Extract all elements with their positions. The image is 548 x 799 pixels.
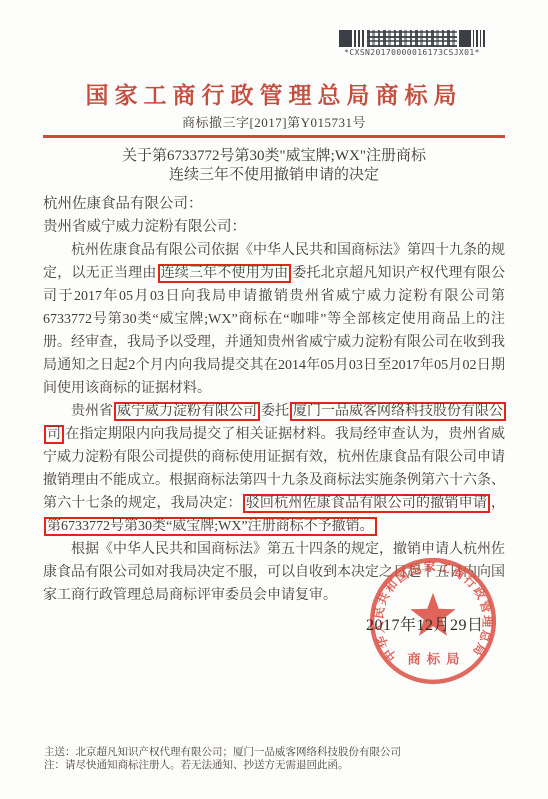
document-number: 商标撤三字[2017]第Y015731号 <box>43 114 505 131</box>
paragraph-2-text: 贵州省 <box>71 404 113 419</box>
red-highlight-box: 第6733772号第30类“威宝牌;WX”注册商标不予撤销。 <box>44 517 377 536</box>
subject-line-2: 连续三年不使用撤销申请的决定 <box>43 166 505 185</box>
paragraph-1: 杭州佐康食品有限公司依据《中华人民共和国商标法》第四十九条的规定，以无正当理由连… <box>43 239 505 400</box>
subject-title: 关于第6733772号第30类"威宝牌;WX"注册商标 连续三年不使用撤销申请的… <box>43 147 505 185</box>
red-highlight-box: 威宁威力淀粉有限公司 <box>114 402 260 421</box>
barcode-thin-bars <box>352 30 365 47</box>
footer-notes: 主送：北京超凡知识产权代理有限公司；厦门一品威客网络科技股份有限公司 注：请尽快… <box>44 746 401 772</box>
barcode-number: *CXSN20170000016173CSJX01* <box>336 48 488 57</box>
footer-cc-line: 主送：北京超凡知识产权代理有限公司；厦门一品威客网络科技股份有限公司 <box>44 746 401 759</box>
scanned-decision-document: *CXSN20170000016173CSJX01* 国家工商行政管理总局商标局… <box>0 0 548 799</box>
barcode-bar-block <box>339 30 352 47</box>
seal-agency-name: 商标局 <box>407 650 465 666</box>
paragraph-2-text: ， <box>491 496 505 511</box>
decision-date: 2017年12月29日 <box>366 612 484 635</box>
barcode-2d-matrix <box>367 30 457 47</box>
red-divider <box>43 135 505 138</box>
barcode: *CXSN20170000016173CSJX01* <box>336 30 488 57</box>
barcode-bar-block <box>459 30 471 47</box>
recipient-1: 杭州佐康食品有限公司： <box>43 193 505 216</box>
paragraph-1-text: 委托北京超凡知识产权代理有限公司于2017年05月03日向我局申请撤销贵州省威宁… <box>43 266 505 396</box>
subject-line-1: 关于第6733772号第30类"威宝牌;WX"注册商标 <box>43 147 505 166</box>
recipient-2: 贵州省威宁威力淀粉有限公司： <box>43 216 505 239</box>
barcode-thin-bars <box>471 30 485 47</box>
red-highlight-box: 连续三年不使用为由 <box>158 264 292 283</box>
paragraph-2-text: 委托 <box>261 404 289 419</box>
red-highlight-box: 驳回杭州佐康食品有限公司的撤销申请 <box>243 494 490 513</box>
document-body: 国家工商行政管理总局商标局 商标撤三字[2017]第Y015731号 关于第67… <box>0 0 548 607</box>
paragraph-2: 贵州省威宁威力淀粉有限公司委托厦门一品威客网络科技股份有限公司在指定期限内向我局… <box>43 400 505 538</box>
footer-note-line: 注：请尽快通知商标注册人。若无法通知、抄送方无需退回此函。 <box>44 759 401 772</box>
barcode-image <box>339 30 485 47</box>
recipient-list: 杭州佐康食品有限公司： 贵州省威宁威力淀粉有限公司： <box>43 193 505 239</box>
